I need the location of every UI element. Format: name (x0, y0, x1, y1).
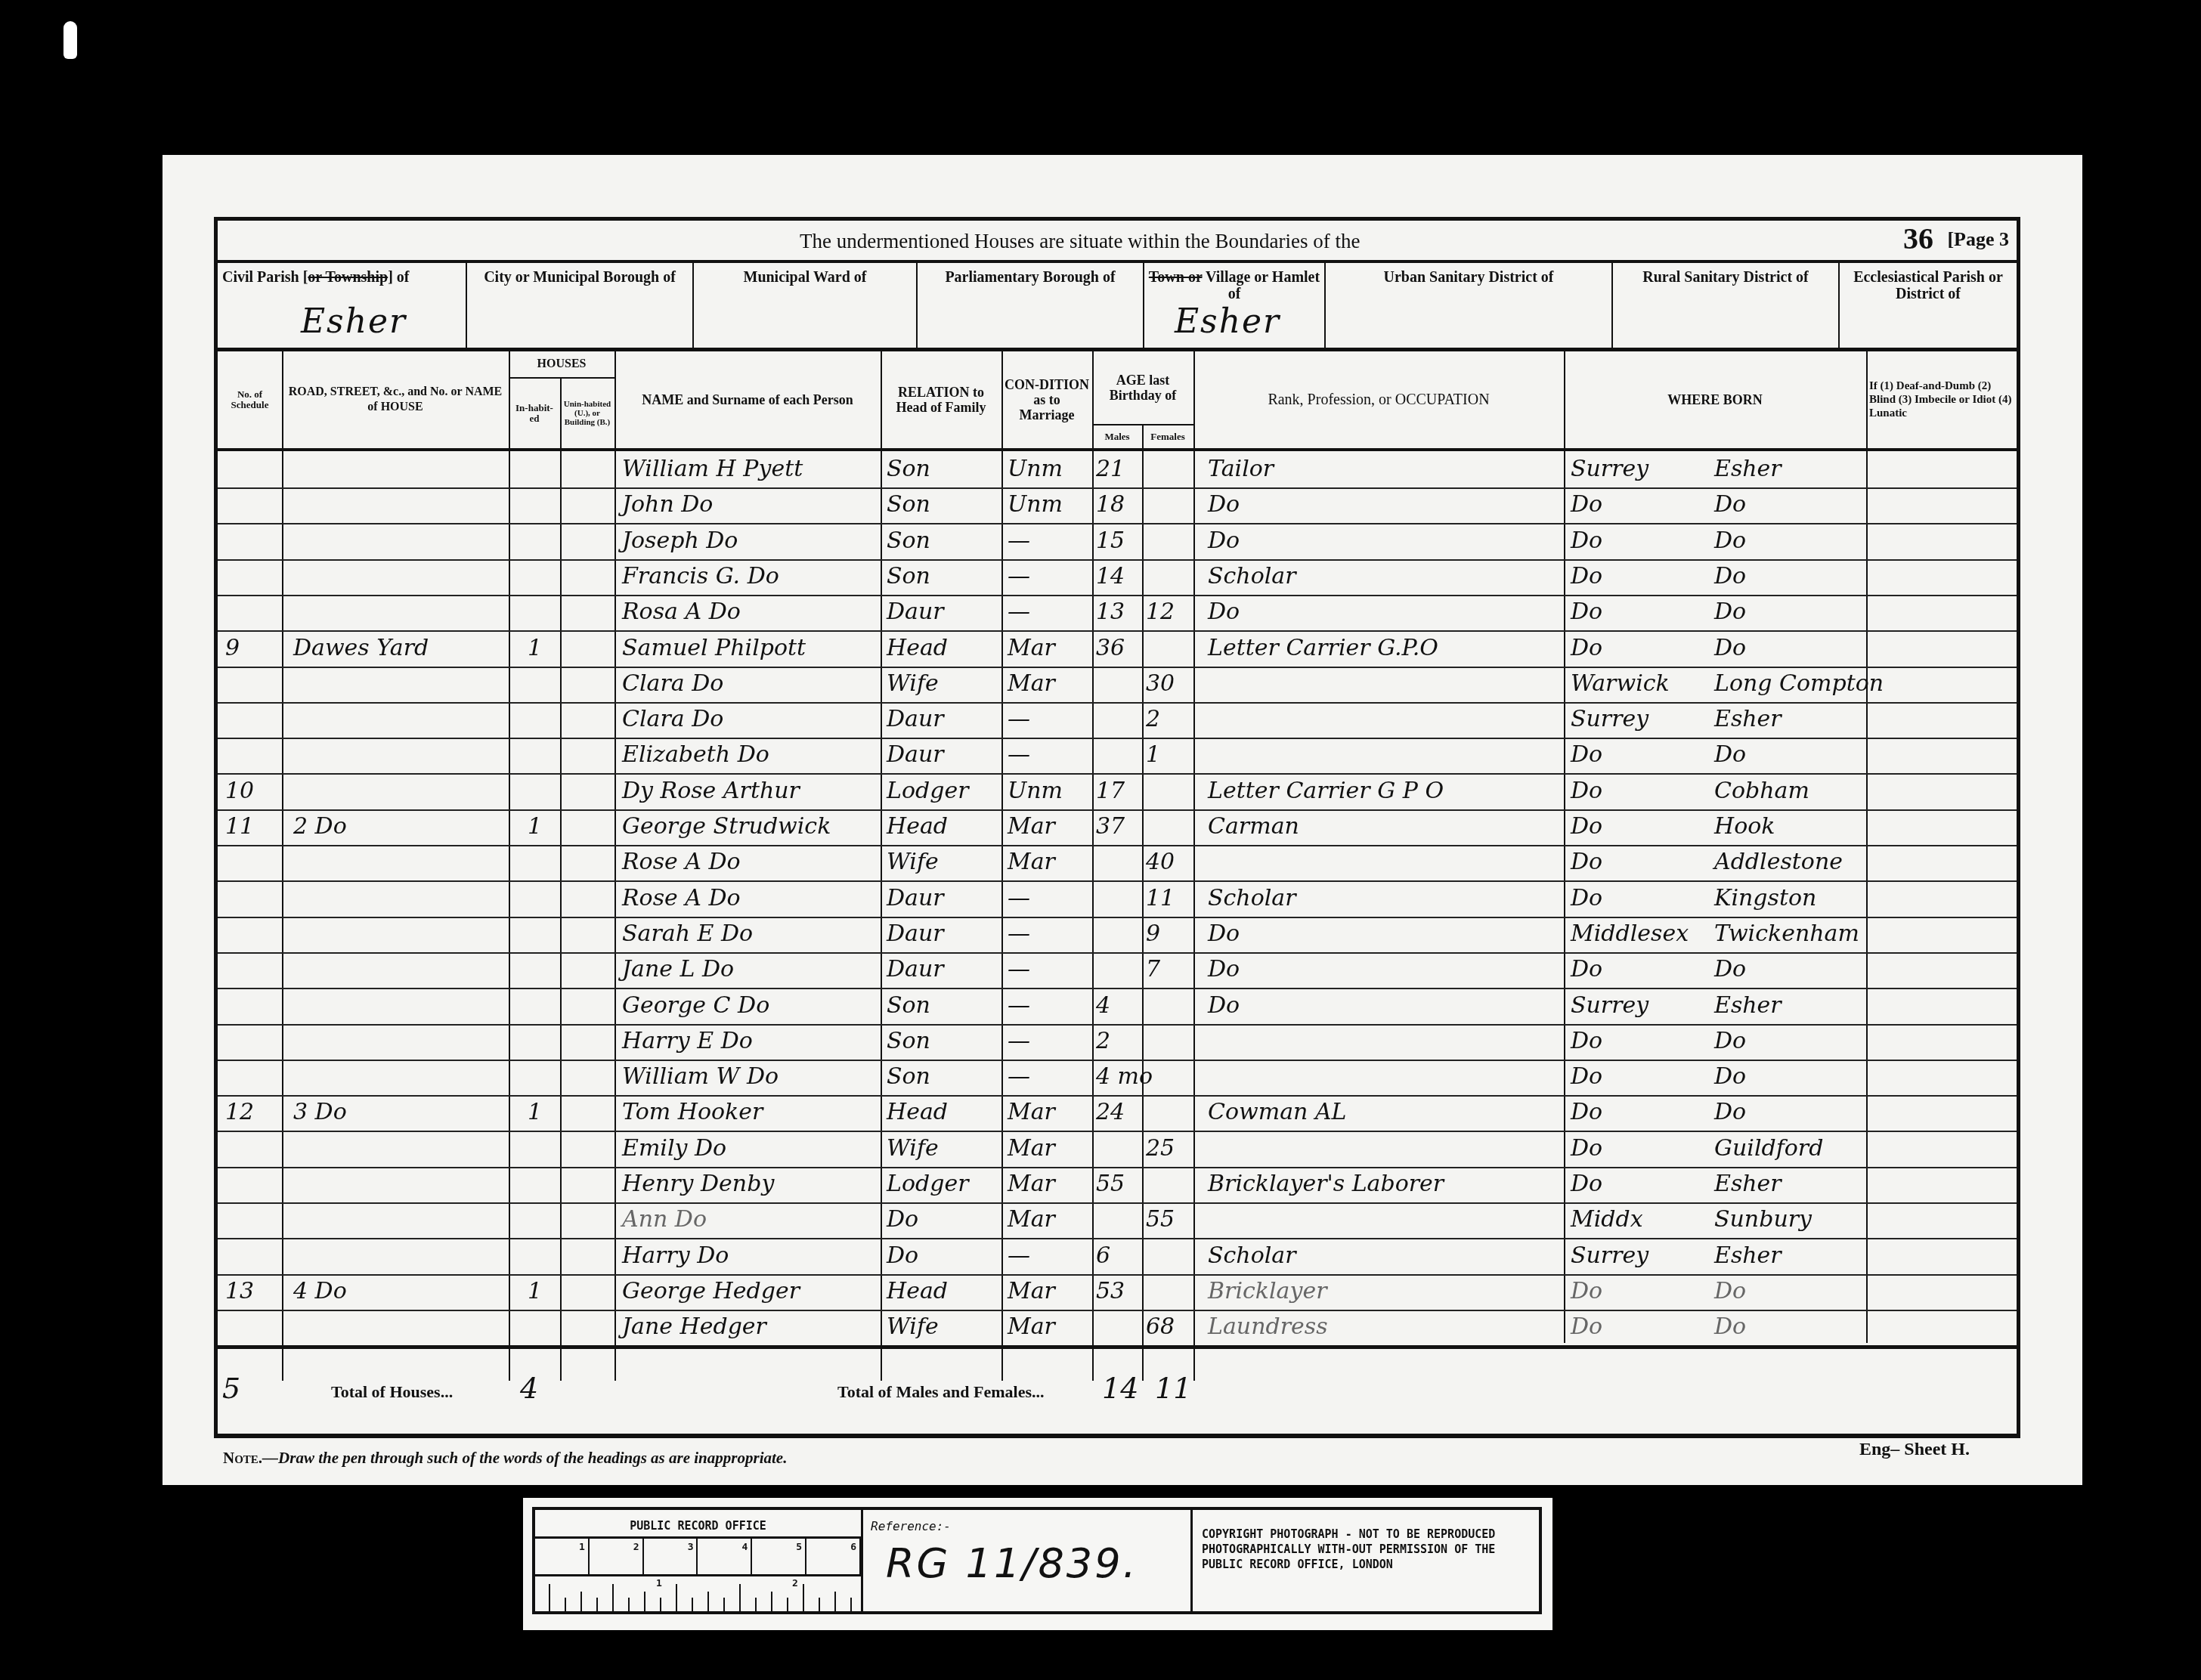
cell-condition: Unm (1008, 451, 1063, 487)
cell-born-county: Do (1571, 1309, 1602, 1345)
boundary-label: Civil Parish [ (222, 269, 308, 286)
cell-relation: Son (887, 1059, 930, 1095)
cell-born-county: Do (1571, 487, 1602, 523)
cell-condition: — (1008, 558, 1030, 595)
archive-label: PUBLIC RECORD OFFICE 1 2 3 4 5 6 1 2 Ref… (523, 1498, 1552, 1630)
header-occupation: Rank, Profession, or OCCUPATION (1193, 351, 1564, 448)
header-uninhabited: Unin-habited (U.), or Building (B.) (560, 379, 614, 448)
cell-name: William W Do (622, 1059, 779, 1095)
cell-occupation: Bricklayer's Laborer (1208, 1166, 1444, 1202)
cell-born-place: Do (1714, 1059, 1746, 1095)
cell-relation: Do (887, 1202, 918, 1238)
table-row: John DoSonUnm18DoDoDo (218, 487, 2017, 524)
cell-occupation: Carman (1208, 809, 1299, 845)
total-males-value: 14 (1102, 1372, 1138, 1405)
cell-male-age: 55 (1096, 1166, 1125, 1202)
cell-name: Rosa A Do (622, 594, 741, 630)
ruler-tick (771, 1592, 772, 1611)
cell-born-place: Addlestone (1714, 844, 1843, 880)
cell-male-age: 17 (1096, 773, 1125, 809)
cell-male-age: 2 (1096, 1023, 1110, 1060)
cell-inhabited: 1 (528, 630, 542, 667)
boundary-ecclesiastical: Ecclesiastical Parish or District of (1840, 263, 2017, 348)
copyright-notice: COPYRIGHT PHOTOGRAPH - NOT TO BE REPRODU… (1193, 1510, 1539, 1572)
cell-name: Jane L Do (622, 951, 734, 988)
cell-male-age: 24 (1096, 1094, 1125, 1131)
cell-condition: — (1008, 701, 1030, 738)
cell-name: John Do (622, 487, 713, 523)
boundary-label: Urban Sanitary District of (1326, 263, 1611, 286)
cell-condition: — (1008, 594, 1030, 630)
census-page: The undermentioned Houses are situate wi… (163, 155, 2082, 1485)
cell-female-age: 68 (1146, 1309, 1175, 1345)
cell-born-place: Do (1714, 630, 1746, 667)
ruler-mark: 3 (644, 1539, 698, 1574)
census-sheet: The undermentioned Houses are situate wi… (214, 217, 2020, 1434)
cell-occupation: Do (1208, 523, 1240, 559)
ruler-mark: 2 (792, 1578, 798, 1589)
cell-relation: Daur (887, 701, 944, 738)
ruler-tick (612, 1584, 614, 1611)
total-houses-value: 4 (520, 1372, 538, 1405)
table-row: Harry E DoSon—2DoDo (218, 1023, 2017, 1061)
cell-born-county: Do (1571, 1273, 1602, 1310)
cell-relation: Head (887, 1094, 948, 1131)
boundary-value: Esher (301, 302, 407, 341)
cell-born-county: Surrey (1571, 451, 1648, 487)
cell-schedule: 13 (225, 1273, 254, 1310)
cell-born-county: Do (1571, 523, 1602, 559)
cell-condition: Mar (1008, 630, 1055, 667)
cell-male-age: 36 (1096, 630, 1125, 667)
ruler-tick (644, 1592, 645, 1611)
cell-relation: Head (887, 809, 948, 845)
cell-occupation: Do (1208, 594, 1240, 630)
cell-occupation: Scholar (1208, 558, 1296, 595)
ruler-mark: 4 (698, 1539, 752, 1574)
cell-born-place: Do (1714, 594, 1746, 630)
cell-condition: Mar (1008, 1309, 1055, 1345)
cell-born-county: Do (1571, 737, 1602, 773)
table-row: George C DoSon—4DoSurreyEsher (218, 988, 2017, 1026)
cell-relation: Do (887, 1238, 918, 1274)
cell-inhabited: 1 (528, 1094, 542, 1131)
archive-copyright-section: COPYRIGHT PHOTOGRAPH - NOT TO BE REPRODU… (1193, 1510, 1539, 1611)
cell-female-age: 25 (1146, 1131, 1175, 1167)
table-row: Emily DoWifeMar25DoGuildford (218, 1131, 2017, 1168)
cell-born-county: Surrey (1571, 701, 1648, 738)
cell-born-place: Sunbury (1714, 1202, 1812, 1238)
table-row: Francis G. DoSon—14ScholarDoDo (218, 558, 2017, 596)
cell-condition: Mar (1008, 809, 1055, 845)
cell-relation: Son (887, 451, 930, 487)
cell-born-county: Do (1571, 809, 1602, 845)
boundary-rural-sanitary: Rural Sanitary District of (1613, 263, 1840, 348)
ruler-tick (739, 1584, 741, 1611)
header-inhabited: In-habit-ed (509, 379, 560, 448)
boundary-label: ] of (388, 269, 409, 286)
cell-occupation: Scholar (1208, 880, 1296, 917)
cell-occupation: Scholar (1208, 1238, 1296, 1274)
header-schedule: No. of Schedule (218, 351, 282, 448)
cell-born-place: Do (1714, 951, 1746, 988)
cell-schedule: 10 (225, 773, 254, 809)
cell-name: Elizabeth Do (622, 737, 769, 773)
cell-name: Clara Do (622, 701, 723, 738)
cell-born-county: Do (1571, 880, 1602, 917)
cell-born-place: Do (1714, 1309, 1746, 1345)
cell-occupation: Letter Carrier G.P.O (1208, 630, 1438, 667)
boundary-label: Parliamentary Borough of (918, 263, 1143, 286)
cell-born-place: Do (1714, 737, 1746, 773)
ruler-mark: 1 (656, 1578, 662, 1589)
table-row: Clara DoDaur—2SurreyEsher (218, 701, 2017, 739)
cell-born-county: Do (1571, 951, 1602, 988)
cell-male-age: 15 (1096, 523, 1125, 559)
cell-born-county: Do (1571, 1023, 1602, 1060)
cell-name: George Strudwick (622, 809, 831, 845)
ruler-tick (723, 1598, 725, 1611)
cell-condition: Mar (1008, 666, 1055, 702)
header-houses: HOUSES (509, 351, 614, 379)
boundary-village: Town or Village or Hamlet of Esher (1144, 263, 1326, 348)
cell-born-place: Do (1714, 1023, 1746, 1060)
cell-condition: Mar (1008, 1094, 1055, 1131)
cell-name: Harry E Do (622, 1023, 753, 1060)
footnote: Note.—Draw the pen through such of the w… (223, 1449, 787, 1468)
table-row: Rosa A DoDaur—1312DoDoDo (218, 594, 2017, 632)
cell-male-age: 53 (1096, 1273, 1125, 1310)
page-number: [Page 3 (1947, 228, 2009, 251)
cell-relation: Son (887, 988, 930, 1024)
cell-inhabited: 1 (528, 809, 542, 845)
cell-female-age: 7 (1146, 951, 1160, 988)
film-punch-mark (63, 21, 77, 59)
cell-male-age: 18 (1096, 487, 1125, 523)
ruler-tick (692, 1598, 693, 1611)
cell-born-place: Cobham (1714, 773, 1809, 809)
table-row: 123 Do1Tom HookerHeadMar24Cowman ALDoDo (218, 1094, 2017, 1132)
cell-name: George C Do (622, 988, 769, 1024)
cell-road: 3 Do (293, 1094, 347, 1131)
cell-relation: Son (887, 1023, 930, 1060)
table-row: 10Dy Rose ArthurLodgerUnm17Letter Carrie… (218, 773, 2017, 811)
cell-born-place: Twickenham (1714, 916, 1859, 952)
table-row: William H PyettSonUnm21TailorSurreyEsher (218, 451, 2017, 489)
cell-name: Ann Do (622, 1202, 707, 1238)
cell-female-age: 11 (1146, 880, 1175, 917)
cell-relation: Wife (887, 844, 939, 880)
cell-name: Samuel Philpott (622, 630, 806, 667)
cell-name: Henry Denby (622, 1166, 774, 1202)
cell-born-county: Do (1571, 1094, 1602, 1131)
cell-female-age: 12 (1146, 594, 1175, 630)
cell-born-place: Esher (1714, 451, 1782, 487)
archive-label-box: PUBLIC RECORD OFFICE 1 2 3 4 5 6 1 2 Ref… (532, 1507, 1542, 1614)
ruler-tick (707, 1592, 709, 1611)
cell-born-county: Do (1571, 844, 1602, 880)
cell-relation: Son (887, 487, 930, 523)
table-row: 9Dawes Yard1Samuel PhilpottHeadMar36Lett… (218, 630, 2017, 668)
cell-occupation: Tailor (1208, 451, 1274, 487)
cell-female-age: 55 (1146, 1202, 1175, 1238)
cell-born-county: Middx (1571, 1202, 1643, 1238)
boundary-municipal-borough: City or Municipal Borough of (467, 263, 694, 348)
cell-male-age: 14 (1096, 558, 1125, 595)
cell-female-age: 1 (1146, 737, 1160, 773)
boundary-label: Rural Sanitary District of (1613, 263, 1838, 286)
cell-born-county: Do (1571, 558, 1602, 595)
cell-relation: Daur (887, 737, 944, 773)
header-age: AGE last Birthday of (1092, 351, 1193, 424)
boundary-label: Ecclesiastical Parish or District of (1840, 263, 2017, 302)
sheet-bottom-rule (214, 1434, 2020, 1438)
boundary-label: City or Municipal Borough of (467, 263, 692, 286)
header-males: Males (1092, 424, 1142, 448)
cell-name: Dy Rose Arthur (622, 773, 800, 809)
cell-born-place: Kingston (1714, 880, 1816, 917)
cell-occupation: Bricklayer (1208, 1273, 1327, 1310)
footnote-prefix: Note. (223, 1449, 262, 1467)
totals-row: 5 Total of Houses... 4 Total of Males an… (218, 1345, 2017, 1436)
ruler-mark: 6 (806, 1539, 861, 1574)
cell-born-place: Do (1714, 558, 1746, 595)
cell-relation: Son (887, 523, 930, 559)
table-row: Rose A DoDaur—11ScholarDoKingston (218, 880, 2017, 918)
cell-occupation: Cowman AL (1208, 1094, 1346, 1131)
cell-name: Rose A Do (622, 844, 741, 880)
cell-female-age: 40 (1146, 844, 1175, 880)
ruler-tick (628, 1598, 630, 1611)
cell-relation: Head (887, 1273, 948, 1310)
cell-road: Dawes Yard (293, 630, 429, 667)
cell-name: Joseph Do (622, 523, 738, 559)
sheet-number: 36 (1903, 221, 1933, 256)
table-row: William W DoSon—4 moDoDo (218, 1059, 2017, 1097)
cell-born-place: Esher (1714, 1238, 1782, 1274)
cell-condition: Unm (1008, 487, 1063, 523)
archive-office-name: PUBLIC RECORD OFFICE (535, 1510, 861, 1539)
cell-born-county: Do (1571, 1166, 1602, 1202)
cell-born-county: Do (1571, 630, 1602, 667)
cell-condition: — (1008, 951, 1030, 988)
cell-relation: Son (887, 558, 930, 595)
cell-relation: Daur (887, 880, 944, 917)
ruler-tick (549, 1584, 550, 1611)
cell-male-age: 37 (1096, 809, 1125, 845)
boundary-municipal-ward: Municipal Ward of (694, 263, 918, 348)
cell-relation: Daur (887, 594, 944, 630)
total-persons-label: Total of Males and Females... (837, 1382, 1045, 1402)
header-infirmity: If (1) Deaf-and-Dumb (2) Blind (3) Imbec… (1866, 351, 2017, 448)
cell-condition: — (1008, 523, 1030, 559)
table-row: Ann DoDoMar55MiddxSunbury (218, 1202, 2017, 1239)
table-row: Harry DoDo—6ScholarSurreyEsher (218, 1238, 2017, 1276)
cell-relation: Daur (887, 951, 944, 988)
cell-born-place: Do (1714, 487, 1746, 523)
ruler-tick (580, 1592, 582, 1611)
cell-occupation: Do (1208, 487, 1240, 523)
table-row: 134 Do1George HedgerHeadMar53BricklayerD… (218, 1273, 2017, 1311)
cell-occupation: Letter Carrier G P O (1208, 773, 1444, 809)
table-row: Henry DenbyLodgerMar55Bricklayer's Labor… (218, 1166, 2017, 1204)
cell-born-place: Do (1714, 523, 1746, 559)
boundary-parliamentary-borough: Parliamentary Borough of (918, 263, 1144, 348)
cell-born-county: Do (1571, 594, 1602, 630)
ruler-inches: 1 2 3 4 5 6 (535, 1539, 861, 1576)
schedule-tally: 5 (222, 1372, 240, 1405)
cell-relation: Wife (887, 1309, 939, 1345)
cell-name: Clara Do (622, 666, 723, 702)
cell-relation: Daur (887, 916, 944, 952)
cell-condition: Mar (1008, 1131, 1055, 1167)
ruler-tick (660, 1598, 661, 1611)
cell-condition: Mar (1008, 1273, 1055, 1310)
ruler-tick (850, 1598, 852, 1611)
boundary-urban-sanitary: Urban Sanitary District of (1326, 263, 1613, 348)
boundaries-row: Civil Parish [or Township] of Esher City… (218, 263, 2017, 351)
cell-born-county: Warwick (1571, 666, 1670, 702)
cell-condition: — (1008, 916, 1030, 952)
cell-born-county: Do (1571, 1059, 1602, 1095)
cell-born-place: Esher (1714, 988, 1782, 1024)
cell-condition: — (1008, 988, 1030, 1024)
cell-condition: — (1008, 1059, 1030, 1095)
ruler-tick (819, 1598, 820, 1611)
cell-relation: Wife (887, 666, 939, 702)
cell-schedule: 9 (225, 630, 240, 667)
table-row: Rose A DoWifeMar40DoAddlestone (218, 844, 2017, 882)
cell-born-place: Do (1714, 1094, 1746, 1131)
ruler-tick (755, 1598, 757, 1611)
cell-occupation: Do (1208, 916, 1240, 952)
table-row: Jane L DoDaur—7DoDoDo (218, 951, 2017, 989)
table-row: Jane HedgerWifeMar68LaundressDoDo (218, 1309, 2017, 1347)
reference-label: Reference:- (863, 1510, 1190, 1533)
cell-condition: Mar (1008, 1202, 1055, 1238)
cell-male-age: 4 mo (1096, 1059, 1153, 1095)
archive-reference-section: Reference:- RG 11/839. (863, 1510, 1193, 1611)
ruler-tick (834, 1592, 836, 1611)
cell-condition: — (1008, 880, 1030, 917)
table-row: Elizabeth DoDaur—1DoDo (218, 737, 2017, 775)
cell-name: Harry Do (622, 1238, 729, 1274)
cell-relation: Head (887, 630, 948, 667)
cell-born-place: Do (1714, 1273, 1746, 1310)
boundary-label: Municipal Ward of (694, 263, 916, 286)
ruler-mark: 5 (752, 1539, 806, 1574)
footnote-text: —Draw the pen through such of the words … (262, 1449, 787, 1467)
cell-born-place: Esher (1714, 701, 1782, 738)
cell-inhabited: 1 (528, 1273, 542, 1310)
cell-name: Rose A Do (622, 880, 741, 917)
cell-condition: — (1008, 1023, 1030, 1060)
title-row: The undermentioned Houses are situate wi… (218, 221, 2017, 263)
cell-name: Emily Do (622, 1131, 726, 1167)
header-road: ROAD, STREET, &c., and No. or NAME of HO… (282, 351, 509, 448)
cell-name: Sarah E Do (622, 916, 753, 952)
cell-born-county: Do (1571, 1131, 1602, 1167)
cell-name: William H Pyett (622, 451, 803, 487)
header-condition: CON-DITION as to Marriage (1001, 351, 1092, 448)
cell-male-age: 4 (1096, 988, 1110, 1024)
header-where-born: WHERE BORN (1564, 351, 1866, 448)
ruler-mark: 1 (535, 1539, 590, 1574)
cell-schedule: 11 (225, 809, 254, 845)
cell-condition: Mar (1008, 844, 1055, 880)
boundary-value: Esher (1175, 302, 1280, 341)
cell-schedule: 12 (225, 1094, 254, 1131)
cell-road: 2 Do (293, 809, 347, 845)
page-title: The undermentioned Houses are situate wi… (800, 230, 1361, 253)
cell-name: George Hedger (622, 1273, 800, 1310)
cell-female-age: 9 (1146, 916, 1160, 952)
header-relation: RELATION to Head of Family (881, 351, 1001, 448)
ruler-mark: 2 (590, 1539, 644, 1574)
cell-road: 4 Do (293, 1273, 347, 1310)
ruler-tick (676, 1584, 677, 1611)
cell-born-place: Guildford (1714, 1131, 1823, 1167)
cell-relation: Wife (887, 1131, 939, 1167)
cell-occupation: Do (1208, 988, 1240, 1024)
total-females-value: 11 (1155, 1372, 1191, 1405)
column-headers: No. of Schedule ROAD, STREET, &c., and N… (218, 351, 2017, 451)
cell-occupation: Laundress (1208, 1309, 1328, 1345)
cell-name: Francis G. Do (622, 558, 779, 595)
cell-born-county: Surrey (1571, 1238, 1648, 1274)
reference-value: RG 11/839. (863, 1533, 1190, 1587)
boundary-civil-parish: Civil Parish [or Township] of Esher (218, 263, 467, 348)
cell-condition: — (1008, 1238, 1030, 1274)
cell-born-place: Hook (1714, 809, 1775, 845)
table-row: Joseph DoSon—15DoDoDo (218, 523, 2017, 561)
table-row: Sarah E DoDaur—9DoMiddlesexTwickenham (218, 916, 2017, 954)
ruler-tick (565, 1598, 566, 1611)
cell-condition: Mar (1008, 1166, 1055, 1202)
cell-name: Jane Hedger (622, 1309, 766, 1345)
table-row: Clara DoWifeMar30WarwickLong Compton (218, 666, 2017, 704)
cell-male-age: 13 (1096, 594, 1125, 630)
cell-male-age: 21 (1096, 451, 1125, 487)
cell-female-age: 2 (1146, 701, 1160, 738)
header-females: Females (1142, 424, 1193, 448)
ruler-tick (803, 1584, 804, 1611)
ruler-tick (787, 1598, 788, 1611)
cell-condition: — (1008, 737, 1030, 773)
cell-relation: Lodger (887, 773, 969, 809)
cell-born-place: Long Compton (1714, 666, 1884, 702)
boundary-label: Village or Hamlet of (1202, 269, 1320, 302)
boundary-label-struck: Town or (1149, 269, 1203, 286)
cell-condition: Unm (1008, 773, 1063, 809)
cell-female-age: 30 (1146, 666, 1175, 702)
boundary-label-struck: or Township (308, 269, 388, 286)
total-houses-label: Total of Houses... (331, 1382, 453, 1402)
cell-born-county: Surrey (1571, 988, 1648, 1024)
table-row: 112 Do1George StrudwickHeadMar37CarmanDo… (218, 809, 2017, 846)
cell-male-age: 6 (1096, 1238, 1110, 1274)
cell-name: Tom Hooker (622, 1094, 763, 1131)
cell-occupation: Do (1208, 951, 1240, 988)
ruler-scale: 1 2 (535, 1576, 861, 1611)
cell-relation: Lodger (887, 1166, 969, 1202)
header-name: NAME and Surname of each Person (614, 351, 881, 448)
cell-born-county: Do (1571, 773, 1602, 809)
ruler-tick (596, 1598, 598, 1611)
sheet-code: Eng– Sheet H. (1859, 1440, 1970, 1460)
archive-office-section: PUBLIC RECORD OFFICE 1 2 3 4 5 6 1 2 (535, 1510, 863, 1611)
cell-born-county: Middlesex (1571, 916, 1689, 952)
